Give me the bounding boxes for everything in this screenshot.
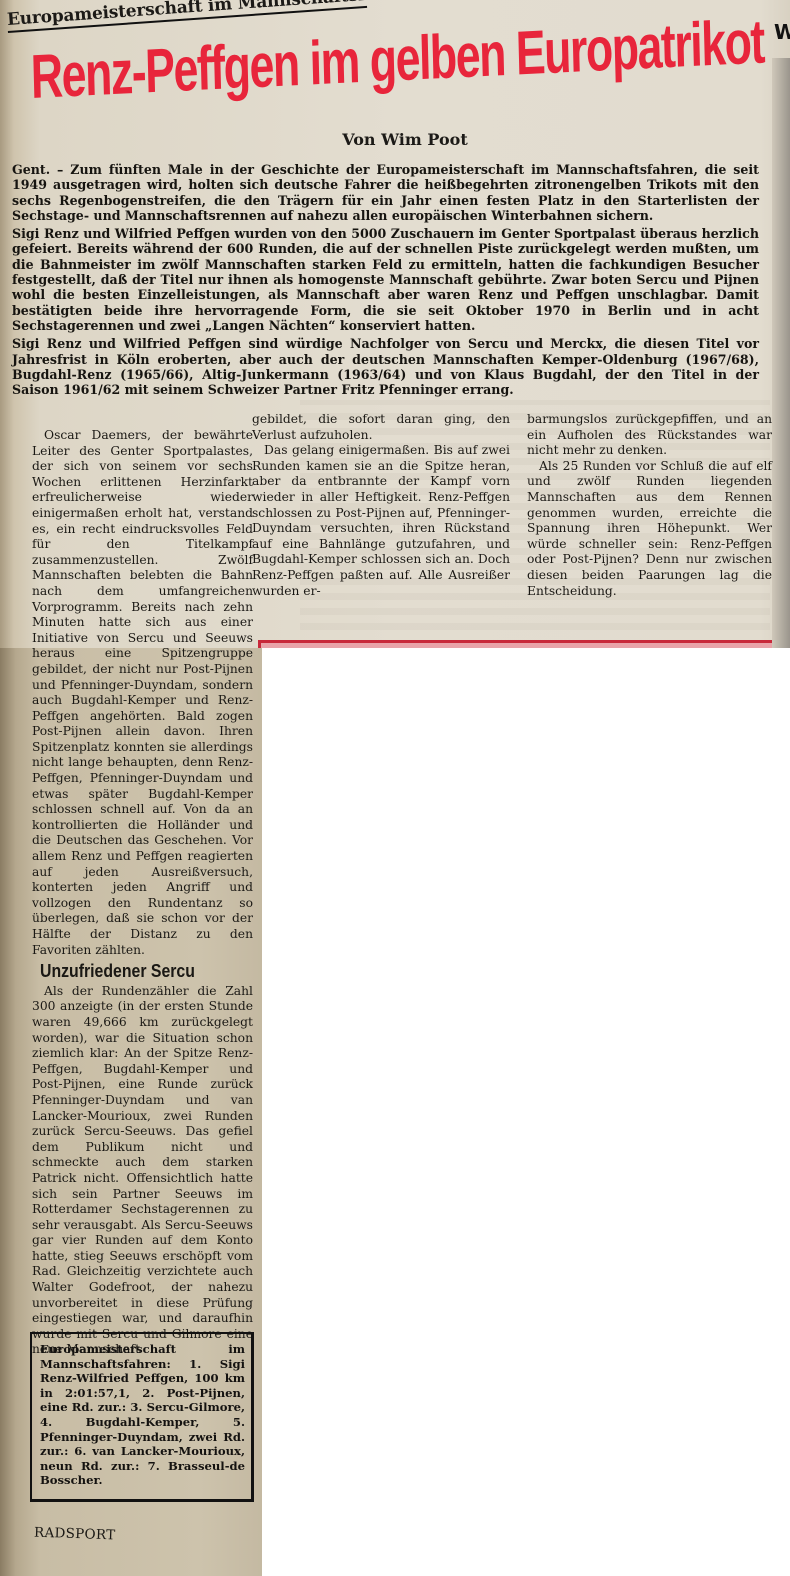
column-3: barmungslos zurückgepfiffen, und an ein … — [527, 412, 772, 599]
adjacent-page-letter: W — [774, 20, 790, 44]
section-footer: RADSPORT — [34, 1525, 116, 1544]
body-paragraph: barmungslos zurückgepfiffen, und an ein … — [527, 412, 772, 459]
red-frame-edge — [258, 640, 790, 648]
lead-paragraph: Sigi Renz und Wilfried Peffgen wurden vo… — [12, 226, 759, 333]
body-paragraph: gebildet, die sofort daran ging, den Ver… — [252, 412, 510, 443]
blank-cropped-area — [262, 648, 790, 1576]
body-paragraph: Das gelang einigermaßen. Bis auf zwei Ru… — [252, 443, 510, 599]
byline: Von Wim Poot — [0, 130, 790, 149]
lead-paragraph: Gent. – Zum fünften Male in der Geschich… — [12, 162, 759, 223]
lead-text: Gent. – Zum fünften Male in der Geschich… — [12, 162, 759, 400]
body-paragraph: Oscar Daemers, der bewährte Leiter des G… — [32, 428, 253, 958]
lead-paragraph: Sigi Renz und Wilfried Peffgen sind würd… — [12, 336, 759, 397]
column-1: Oscar Daemers, der bewährte Leiter des G… — [32, 428, 253, 1358]
column-2: gebildet, die sofort daran ging, den Ver… — [252, 412, 510, 599]
results-box: Europameisterschaft im Mannschaftsfahren… — [30, 1332, 254, 1502]
body-paragraph: Als 25 Runden vor Schluß die auf elf und… — [527, 459, 772, 599]
subheading: Unzufriedener Sercu — [40, 964, 227, 980]
body-paragraph: Als der Rundenzähler die Zahl 300 anzeig… — [32, 984, 253, 1358]
